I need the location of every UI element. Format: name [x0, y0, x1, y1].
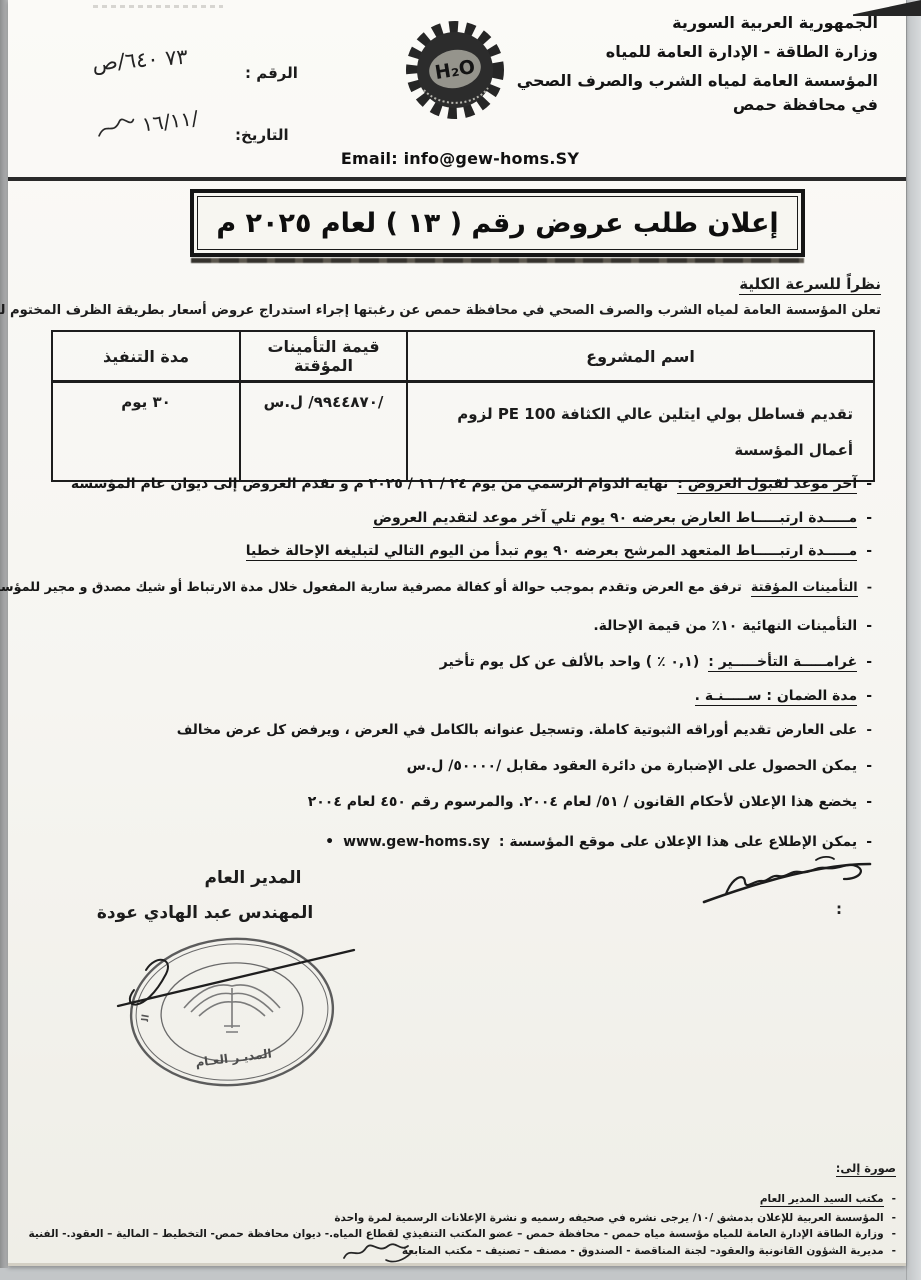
footer-scribble-icon: [338, 1238, 416, 1266]
col-project-name: اسم المشروع: [407, 331, 874, 382]
cell-guarantee-amount: /٩٩٤٤٨٧٠/ ل.س: [240, 382, 407, 482]
copy-to-item-text: المؤسسة العربية للإعلان بدمشق /١٠/ يرجى …: [334, 1212, 883, 1224]
table-row: تقديم قساطل بولي ايتلين عالي الكثافة PE …: [52, 382, 874, 482]
copy-to-item-text: وزارة الطاقة الإدارة العامة للمياه مؤسسة…: [28, 1228, 883, 1240]
bullet-dot: •: [325, 834, 334, 850]
copy-to-list: - مكتب السيد المدير العام - المؤسسة العر…: [28, 1193, 896, 1261]
scan-right-edge: [906, 0, 921, 1280]
stamp-ring-text: المؤسسة العامة لمياه الشرب والصرف الصحي: [114, 924, 152, 1023]
term-label: مدة الضمان : ســـــنـة .: [695, 688, 858, 706]
email-line: Email: info@gew-homs.SY: [300, 149, 620, 168]
dash-bullet: -: [866, 543, 872, 559]
copy-to-item: - مديرية الشؤون القانونية والعقود– لجنة …: [28, 1245, 896, 1257]
footer-handwritten-initials: [338, 1238, 416, 1266]
republic-line: الجمهورية العربية السورية: [517, 15, 878, 31]
svg-text:المؤسسة العامة لمياه الشرب وال: المؤسسة العامة لمياه الشرب والصرف الصحي: [114, 924, 152, 1023]
term-governing-law: - يخضع هذا الإعلان لأحكام القانون / ٥١/ …: [308, 794, 872, 810]
term-label: التأمينات المؤقتة: [751, 580, 858, 597]
term-bidder-commitment: - مـــــدة ارتبـــــاط العارض بعرضه ٩٠ ي…: [373, 510, 872, 528]
date-handwritten-value: ١٦/١١/: [93, 106, 200, 143]
tender-title-inner-frame: إعلان طلب عروض رقم ( ١٣ ) لعام ٢٠٢٥ م: [197, 196, 798, 250]
copy-to-heading: صورة إلى:: [836, 1161, 896, 1177]
establishment-line: المؤسسة العامة لمياه الشرب والصرف الصحي: [517, 73, 878, 89]
cell-duration: ٣٠ يوم: [52, 382, 240, 482]
dash-bullet: -: [866, 794, 872, 810]
stamp-bottom-text: المديـر العـام: [195, 1046, 273, 1070]
scan-left-edge: [0, 0, 8, 1268]
date-label: التاريخ:: [235, 126, 289, 144]
ref-number-label: الرقم :: [245, 64, 298, 82]
gear-logo-svg: H₂O: [390, 20, 520, 124]
stamp-eagle-icon: [184, 985, 280, 1032]
term-temporary-guarantees: - التأمينات المؤقتة ترفق مع العرض وتقدم …: [0, 580, 872, 597]
copy-to-item: - مكتب السيد المدير العام: [28, 1193, 896, 1207]
term-text: يمكن الحصول على الإضبارة من دائرة العقود…: [407, 758, 858, 774]
signature-scribble-icon: [698, 848, 876, 910]
stamp-svg: المؤسسة العامة لمياه الشرب والصرف الصحي …: [114, 924, 358, 1096]
dash-bullet: -: [892, 1228, 896, 1240]
dash-bullet: -: [866, 688, 872, 704]
dash-bullet: -: [866, 618, 872, 634]
tender-title-box: إعلان طلب عروض رقم ( ١٣ ) لعام ٢٠٢٥ م: [190, 189, 805, 257]
pen-stroke-over-stamp: [118, 950, 354, 1006]
term-file-purchase: - يمكن الحصول على الإضبارة من دائرة العق…: [407, 758, 872, 774]
date-digits: ١٦/١١/: [141, 106, 200, 137]
director-title: المدير العام: [158, 868, 348, 888]
dash-bullet: -: [866, 654, 872, 670]
table-header-row: اسم المشروع قيمة التأمينات المؤقتة مدة ا…: [52, 331, 874, 382]
term-contractor-commitment: - مـــــدة ارتبـــــاط المتعهد المرشح بع…: [246, 543, 872, 561]
col-temp-guarantee: قيمة التأمينات المؤقتة: [240, 331, 407, 382]
h2o-gear-logo-icon: H₂O: [390, 20, 520, 124]
dash-bullet: -: [867, 580, 872, 595]
governorate-line: في محافظة حمص: [517, 97, 878, 113]
term-label: آخر موعد لقبول العروض :: [677, 476, 857, 494]
letterhead-org-block: الجمهورية العربية السورية وزارة الطاقة -…: [517, 15, 878, 126]
dash-bullet: -: [866, 510, 872, 526]
copy-to-item: - وزارة الطاقة الإدارة العامة للمياه مؤس…: [28, 1228, 896, 1240]
tender-title: إعلان طلب عروض رقم ( ١٣ ) لعام ٢٠٢٥ م: [216, 208, 778, 239]
term-text: ترفق مع العرض وتقدم بموجب حوالة أو كفالة…: [0, 580, 742, 595]
cell-project-name: تقديم قساطل بولي ايتلين عالي الكثافة PE …: [407, 382, 874, 482]
ministry-line: وزارة الطاقة - الإدارة العامة للمياه: [517, 44, 878, 60]
tender-table: اسم المشروع قيمة التأمينات المؤقتة مدة ا…: [51, 330, 875, 482]
website-url: www.gew-homs.sy: [343, 834, 490, 850]
term-text: التأمينات النهائية ١٠٪ من قيمة الإحالة.: [593, 618, 857, 634]
date-scribble-icon: [93, 113, 140, 142]
term-label: مـــــدة ارتبـــــاط المتعهد المرشح بعرض…: [246, 543, 857, 561]
term-offer-deadline: - آخر موعد لقبول العروض : نهاية الدوام ا…: [71, 476, 872, 494]
dash-bullet: -: [892, 1245, 896, 1257]
dash-bullet: -: [866, 722, 872, 738]
copy-to-item-text: مكتب السيد المدير العام: [760, 1193, 884, 1207]
term-label: مـــــدة ارتبـــــاط العارض بعرضه ٩٠ يوم…: [373, 510, 857, 528]
official-round-stamp: المؤسسة العامة لمياه الشرب والصرف الصحي …: [114, 924, 358, 1096]
dash-bullet: -: [892, 1212, 896, 1224]
urgency-note: نظراً للسرعة الكلية: [739, 275, 881, 295]
col-duration: مدة التنفيذ: [52, 331, 240, 382]
term-required-documents: - على العارض تقديم أوراقه الثبوتية كاملة…: [177, 722, 872, 738]
term-text: نهاية الدوام الرسمي من يوم ٢٤ / ١١ / ٢٠٢…: [71, 476, 668, 492]
term-text: على العارض تقديم أوراقه الثبوتية كاملة. …: [177, 722, 858, 738]
copy-to-item: - المؤسسة العربية للإعلان بدمشق /١٠/ يرج…: [28, 1212, 896, 1224]
scanned-document-photo: الجمهورية العربية السورية وزارة الطاقة -…: [0, 0, 921, 1280]
term-final-guarantees: - التأمينات النهائية ١٠٪ من قيمة الإحالة…: [593, 618, 872, 634]
dash-bullet: -: [892, 1193, 896, 1205]
director-name: المهندس عبد الهادي عودة: [80, 903, 330, 923]
handwritten-signature: [698, 848, 876, 910]
document-page: الجمهورية العربية السورية وزارة الطاقة -…: [8, 0, 906, 1266]
copy-to-item-text: مديرية الشؤون القانونية والعقود– لجنة ال…: [402, 1245, 884, 1257]
term-text: يخضع هذا الإعلان لأحكام القانون / ٥١/ لع…: [308, 794, 857, 810]
intro-paragraph: تعلن المؤسسة العامة لمياه الشرب والصرف ا…: [0, 303, 881, 318]
margin-colon-mark: :: [836, 900, 842, 918]
ref-number-handwritten-value: ٧٣ ٦٤٠/ص: [41, 41, 238, 79]
dash-bullet: -: [866, 758, 872, 774]
term-warranty-period: - مدة الضمان : ســـــنـة .: [695, 688, 872, 706]
term-delay-penalty: - غرامـــــة التأخـــــير : (٠,١ ٪ ) واح…: [440, 654, 872, 672]
dash-bullet: -: [866, 476, 872, 492]
faint-top-microtext: [93, 5, 223, 8]
term-label: غرامـــــة التأخـــــير :: [708, 654, 857, 672]
header-divider-rule: [8, 177, 906, 181]
term-text: (٠,١ ٪ ) واحد بالألف عن كل يوم تأخير: [440, 654, 699, 670]
